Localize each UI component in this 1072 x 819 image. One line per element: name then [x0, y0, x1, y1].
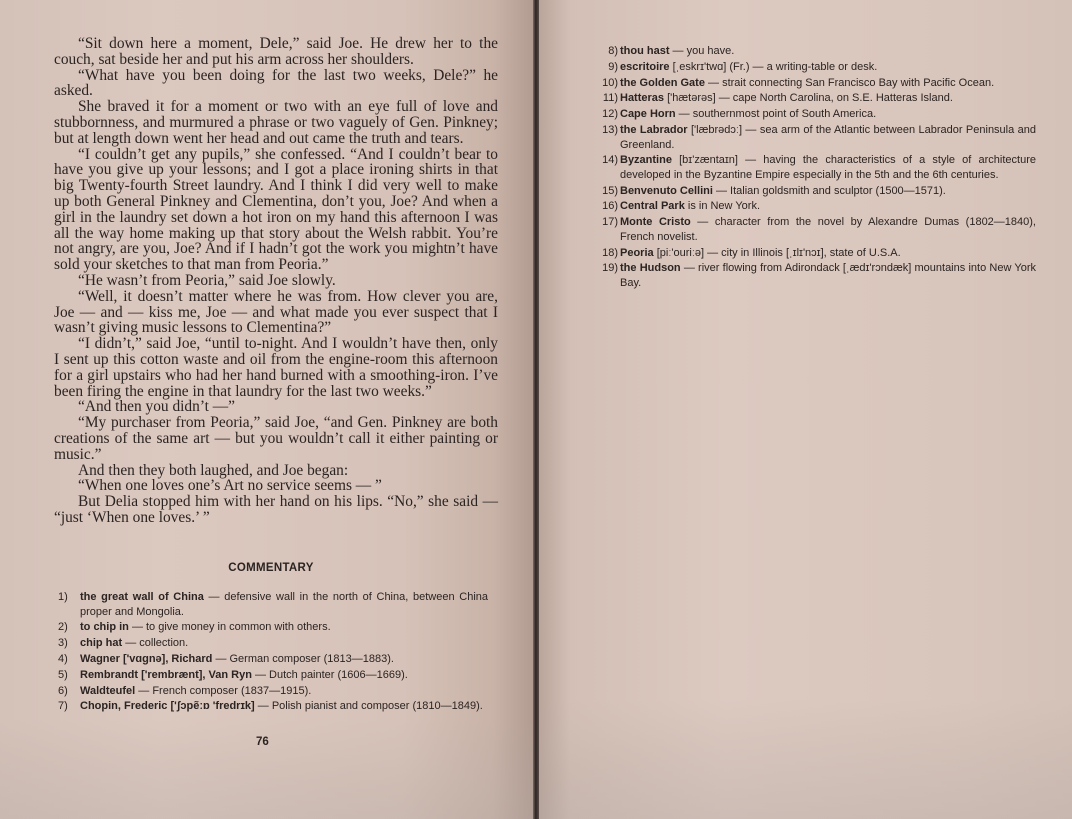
note-item: 1)the great wall of China — defensive wa… — [58, 590, 488, 619]
note-item: 16)Central Park is in New York. — [594, 199, 1036, 214]
note-item: 3)chip hat — collection. — [58, 636, 488, 651]
note-term: to chip in — [80, 621, 129, 633]
note-number: 19) — [594, 261, 618, 276]
note-item: 9)escritoire [ˌeskrɪ'twɑ] (Fr.) — a writ… — [594, 60, 1036, 75]
note-term: Benvenuto Cellini — [620, 185, 713, 197]
note-number: 13) — [594, 123, 618, 138]
note-term: Rembrandt ['rembrænt], Van Ryn — [80, 669, 252, 681]
note-term: the Labrador — [620, 124, 688, 136]
note-term: chip hat — [80, 637, 122, 649]
note-item: 14)Byzantine [bɪ'zæntaɪn] — having the c… — [594, 153, 1036, 182]
note-definition: — you have. — [670, 45, 735, 57]
story-text: “Sit down here a moment, Dele,” said Joe… — [54, 36, 498, 526]
note-definition: is in New York. — [685, 200, 760, 212]
story-paragraph: She braved it for a moment or two with a… — [54, 99, 498, 146]
note-item: 2)to chip in — to give money in common w… — [58, 620, 488, 635]
note-definition: — to give money in common with others. — [129, 621, 331, 633]
story-paragraph: “My purchaser from Peoria,” said Joe, “a… — [54, 415, 498, 462]
story-paragraph: And then they both laughed, and Joe bega… — [54, 463, 498, 479]
note-number: 3) — [58, 636, 78, 651]
note-number: 17) — [594, 215, 618, 230]
note-number: 10) — [594, 76, 618, 91]
note-number: 5) — [58, 668, 78, 683]
book-spine — [533, 0, 539, 819]
note-term: Cape Horn — [620, 108, 676, 120]
story-paragraph: But Delia stopped him with her hand on h… — [54, 494, 498, 526]
note-definition: — river flowing from Adirondack [ˌædɪ'rɔ… — [620, 262, 1036, 289]
note-term: Waldteufel — [80, 685, 135, 697]
note-item: 17)Monte Cristo — character from the nov… — [594, 215, 1036, 244]
commentary-heading: COMMENTARY — [54, 562, 488, 574]
note-number: 11) — [594, 91, 618, 106]
note-number: 2) — [58, 620, 78, 635]
note-term: the Golden Gate — [620, 77, 705, 89]
note-term: Monte Cristo — [620, 216, 691, 228]
story-paragraph: “When one loves one’s Art no service see… — [54, 478, 498, 494]
note-number: 7) — [58, 699, 78, 714]
commentary-notes-left: 1)the great wall of China — defensive wa… — [58, 590, 488, 715]
note-term: Chopin, Frederic ['ʃɔpẽːɒ 'fredrɪk] — [80, 700, 255, 712]
note-number: 14) — [594, 153, 618, 168]
note-term: Central Park — [620, 200, 685, 212]
note-number: 4) — [58, 652, 78, 667]
page-shadow — [0, 719, 536, 819]
note-number: 15) — [594, 184, 618, 199]
note-term: Peoria — [620, 247, 654, 259]
note-definition: — German composer (1813—1883). — [212, 653, 394, 665]
note-item: 4)Wagner ['vɑgnə], Richard — German comp… — [58, 652, 488, 667]
note-number: 9) — [594, 60, 618, 75]
note-definition: — strait connecting San Francisco Bay wi… — [705, 77, 994, 89]
note-definition: — Italian goldsmith and sculptor (1500—1… — [713, 185, 946, 197]
note-definition: — French composer (1837—1915). — [135, 685, 311, 697]
note-item: 13)the Labrador ['læbrədɔː] — sea arm of… — [594, 123, 1036, 152]
note-definition: — Dutch painter (1606—1669). — [252, 669, 408, 681]
note-term: the Hudson — [620, 262, 681, 274]
note-number: 1) — [58, 590, 78, 605]
book-spread: “Sit down here a moment, Dele,” said Joe… — [0, 0, 1072, 819]
note-definition: [bɪ'zæntaɪn] — having the characteristic… — [620, 154, 1036, 181]
note-item: 6)Waldteufel — French composer (1837—191… — [58, 684, 488, 699]
story-paragraph: “And then you didn’t —” — [54, 399, 498, 415]
story-paragraph: “He wasn’t from Peoria,” said Joe slowly… — [54, 273, 498, 289]
page-shadow — [538, 699, 1072, 819]
note-number: 8) — [594, 44, 618, 59]
note-number: 16) — [594, 199, 618, 214]
note-term: Wagner ['vɑgnə], Richard — [80, 653, 212, 665]
commentary-notes-right: 8)thou hast — you have. 9)escritoire [ˌe… — [594, 44, 1036, 292]
note-definition: [piː'ouriːə] — city in Illinois [ˌɪlɪ'nɔ… — [654, 247, 901, 259]
note-item: 10)the Golden Gate — strait connecting S… — [594, 76, 1036, 91]
note-number: 18) — [594, 246, 618, 261]
note-term: the great wall of China — [80, 591, 204, 603]
note-item: 19)the Hudson — river flowing from Adiro… — [594, 261, 1036, 290]
note-definition: ['hætərəs] — cape North Carolina, on S.E… — [664, 92, 953, 104]
note-item: 8)thou hast — you have. — [594, 44, 1036, 59]
note-item: 7)Chopin, Frederic ['ʃɔpẽːɒ 'fredrɪk] — … — [58, 699, 488, 714]
story-paragraph: “Well, it doesn’t matter where he was fr… — [54, 289, 498, 336]
note-term: escritoire — [620, 61, 670, 73]
note-item: 11)Hatteras ['hætərəs] — cape North Caro… — [594, 91, 1036, 106]
note-number: 6) — [58, 684, 78, 699]
story-paragraph: “I didn’t,” said Joe, “until to-night. A… — [54, 336, 498, 399]
note-number: 12) — [594, 107, 618, 122]
note-item: 12)Cape Horn — southernmost point of Sou… — [594, 107, 1036, 122]
note-item: 5)Rembrandt ['rembrænt], Van Ryn — Dutch… — [58, 668, 488, 683]
note-term: Byzantine — [620, 154, 672, 166]
story-paragraph: “I couldn’t get any pupils,” she confess… — [54, 147, 498, 273]
page-number: 76 — [256, 736, 269, 748]
note-definition: — collection. — [122, 637, 188, 649]
story-paragraph: “Sit down here a moment, Dele,” said Joe… — [54, 36, 498, 68]
note-term: thou hast — [620, 45, 670, 57]
note-definition: — southernmost point of South America. — [676, 108, 877, 120]
note-term: Hatteras — [620, 92, 664, 104]
note-item: 15)Benvenuto Cellini — Italian goldsmith… — [594, 184, 1036, 199]
note-definition: — Polish pianist and composer (1810—1849… — [255, 700, 483, 712]
note-definition: [ˌeskrɪ'twɑ] (Fr.) — a writing-table or … — [670, 61, 878, 73]
story-paragraph: “What have you been doing for the last t… — [54, 68, 498, 100]
note-item: 18)Peoria [piː'ouriːə] — city in Illinoi… — [594, 246, 1036, 261]
